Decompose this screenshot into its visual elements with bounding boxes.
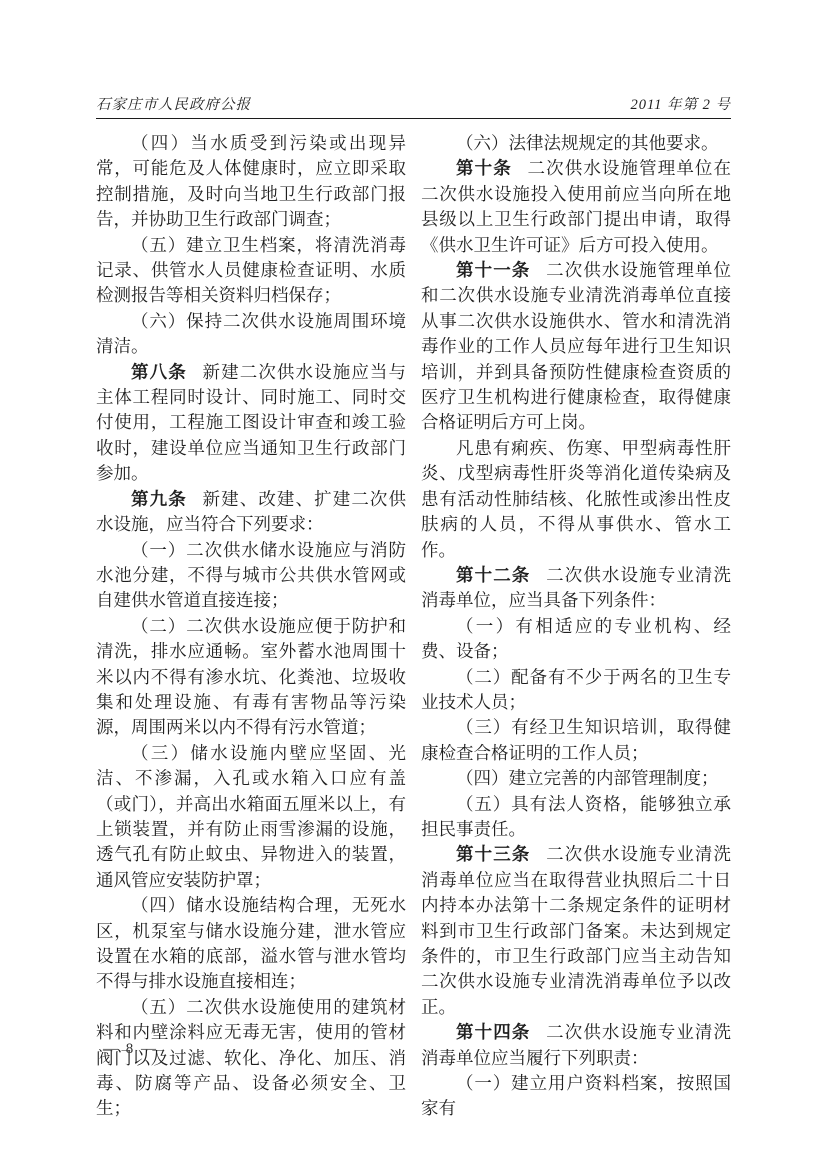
column-right: （六）法律法规规定的其他要求。第十条二次供水设施管理单位在二次供水设施投入使用前… — [421, 131, 731, 1122]
paragraph: （三）有经卫生知识培训，取得健康检查合格证明的工作人员； — [421, 715, 731, 766]
paragraph: （五）建立卫生档案，将清洗消毒记录、供管水人员健康检查证明、水质检测报告等相关资… — [96, 233, 406, 309]
paragraph: 凡患有痢疾、伤寒、甲型病毒性肝炎、戊型病毒性肝炎等消化道传染病及患有活动性肺结核… — [421, 436, 731, 563]
paragraph-text: 二次供水设施专业清洗消毒单位应当在取得营业执照后二十日内持本办法第十二条规定条件… — [421, 844, 731, 1016]
header-divider — [96, 118, 731, 119]
paragraph: （二）配备有不少于两名的卫生专业技术人员； — [421, 665, 731, 716]
article-paragraph: 第十三条二次供水设施专业清洗消毒单位应当在取得营业执照后二十日内持本办法第十二条… — [421, 842, 731, 1020]
paragraph-text: （五）具有法人资格，能够独立承担民事责任。 — [421, 794, 731, 839]
journal-title: 石家庄市人民政府公报 — [96, 97, 251, 113]
paragraph-text: 二次供水设施管理单位和二次供水设施专业清洗消毒单位直接从事二次供水设施供水、管水… — [421, 260, 731, 432]
paragraph-text: （四）建立完善的内部管理制度； — [456, 768, 719, 788]
paragraph: （二）二次供水设施应便于防护和清洗，排水应通畅。室外蓄水池周围十米以内不得有渗水… — [96, 614, 406, 741]
paragraph-text: （三）储水设施内壁应坚固、光洁、不渗漏，入孔或水箱入口应有盖（或门），并高出水箱… — [96, 743, 406, 890]
paragraph-text: （一）有相适应的专业机构、经费、设备； — [421, 616, 731, 661]
article-paragraph: 第九条新建、改建、扩建二次供水设施，应当符合下列要求： — [96, 487, 406, 538]
paragraph: （六）保持二次供水设施周围环境清洁。 — [96, 309, 406, 360]
gazette-page: 石家庄市人民政府公报 2011 年第 2 号 （四）当水质受到污染或出现异常，可… — [0, 0, 826, 1169]
article-paragraph: 第十四条二次供水设施专业清洗消毒单位应当履行下列职责： — [421, 1020, 731, 1071]
running-header: 石家庄市人民政府公报 2011 年第 2 号 — [96, 97, 731, 113]
article-number: 第十一条 — [456, 260, 546, 280]
article-number: 第八条 — [131, 362, 203, 382]
paragraph-text: （三）有经卫生知识培训，取得健康检查合格证明的工作人员； — [421, 717, 731, 762]
paragraph: （四）当水质受到污染或出现异常，可能危及人体健康时，应立即采取控制措施，及时向当… — [96, 131, 406, 233]
paragraph-text: （四）当水质受到污染或出现异常，可能危及人体健康时，应立即采取控制措施，及时向当… — [96, 133, 406, 229]
paragraph: （四）储水设施结构合理，无死水区，机泵室与储水设施分建，泄水管应设置在水箱的底部… — [96, 893, 406, 995]
paragraph-text: （六）法律法规规定的其他要求。 — [456, 133, 719, 153]
paragraph: （一）建立用户资料档案，按照国家有 — [421, 1071, 731, 1122]
article-number: 第十条 — [456, 158, 528, 178]
article-paragraph: 第十二条二次供水设施专业清洗消毒单位，应当具备下列条件： — [421, 563, 731, 614]
article-paragraph: 第十条二次供水设施管理单位在二次供水设施投入使用前应当向所在地县级以上卫生行政部… — [421, 156, 731, 258]
page-number: — 8 — — [103, 1041, 158, 1058]
text-columns: （四）当水质受到污染或出现异常，可能危及人体健康时，应立即采取控制措施，及时向当… — [96, 131, 731, 1122]
paragraph-text: 凡患有痢疾、伤寒、甲型病毒性肝炎、戊型病毒性肝炎等消化道传染病及患有活动性肺结核… — [421, 438, 731, 560]
article-number: 第十二条 — [456, 565, 546, 585]
paragraph-text: （四）储水设施结构合理，无死水区，机泵室与储水设施分建，泄水管应设置在水箱的底部… — [96, 895, 406, 991]
paragraph: （五）具有法人资格，能够独立承担民事责任。 — [421, 792, 731, 843]
paragraph: （一）二次供水储水设施应与消防水池分建，不得与城市公共供水管网或自建供水管道直接… — [96, 538, 406, 614]
article-number: 第十四条 — [456, 1022, 546, 1042]
article-paragraph: 第十一条二次供水设施管理单位和二次供水设施专业清洗消毒单位直接从事二次供水设施供… — [421, 258, 731, 436]
article-number: 第九条 — [131, 489, 203, 509]
paragraph-text: （二）二次供水设施应便于防护和清洗，排水应通畅。室外蓄水池周围十米以内不得有渗水… — [96, 616, 406, 738]
paragraph: （六）法律法规规定的其他要求。 — [421, 131, 731, 156]
paragraph: （三）储水设施内壁应坚固、光洁、不渗漏，入孔或水箱入口应有盖（或门），并高出水箱… — [96, 741, 406, 893]
paragraph-text: （六）保持二次供水设施周围环境清洁。 — [96, 311, 406, 356]
paragraph: （五）二次供水设施使用的建筑材料和内壁涂料应无毒无害，使用的管材阀门以及过滤、软… — [96, 995, 406, 1122]
issue-number: 2011 年第 2 号 — [630, 97, 731, 113]
paragraph-text: （二）配备有不少于两名的卫生专业技术人员； — [421, 667, 731, 712]
paragraph: （一）有相适应的专业机构、经费、设备； — [421, 614, 731, 665]
article-number: 第十三条 — [456, 844, 546, 864]
paragraph-text: （五）建立卫生档案，将清洗消毒记录、供管水人员健康检查证明、水质检测报告等相关资… — [96, 235, 406, 306]
paragraph: （四）建立完善的内部管理制度； — [421, 766, 731, 791]
paragraph-text: （一）二次供水储水设施应与消防水池分建，不得与城市公共供水管网或自建供水管道直接… — [96, 540, 406, 611]
column-left: （四）当水质受到污染或出现异常，可能危及人体健康时，应立即采取控制措施，及时向当… — [96, 131, 406, 1122]
article-paragraph: 第八条新建二次供水设施应当与主体工程同时设计、同时施工、同时交付使用，工程施工图… — [96, 360, 406, 487]
paragraph-text: （一）建立用户资料档案，按照国家有 — [421, 1073, 731, 1118]
